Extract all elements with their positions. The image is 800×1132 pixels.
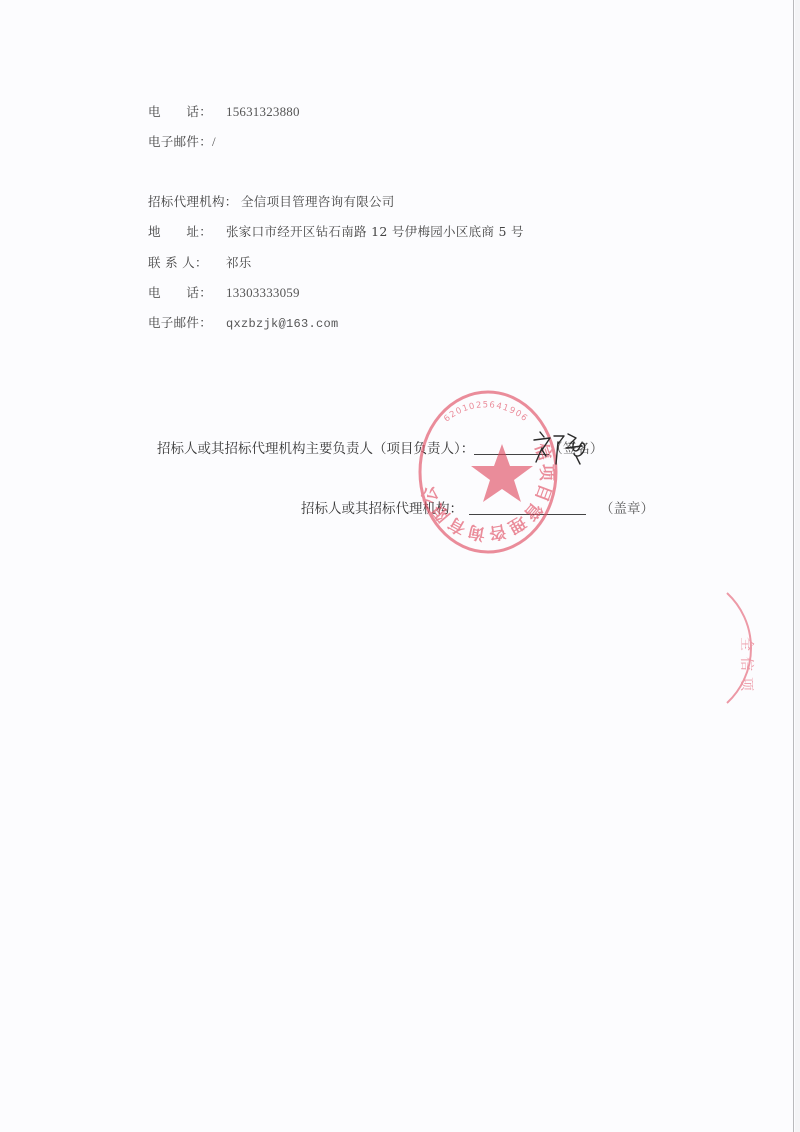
stamp-code-text: 6201025641906 — [442, 400, 530, 424]
agency-email-value: qxzbzjk@163.com — [226, 317, 339, 331]
agency-address-row: 地 址：张家口市经开区钻石南路 12 号伊梅园小区底商 5 号 — [148, 224, 524, 240]
tenderer-phone-label: 电 话： — [148, 104, 226, 120]
seal-suffix: （盖章） — [600, 501, 654, 517]
agency-name-label: 招标代理机构： — [148, 194, 241, 210]
agency-contact-row: 联 系 人：祁乐 — [148, 255, 252, 271]
tenderer-phone-value: 15631323880 — [226, 104, 300, 119]
agency-name-row: 招标代理机构：全信项目管理咨询有限公司 — [148, 194, 395, 210]
edge-stamp-text: 全信项 — [738, 637, 754, 697]
tenderer-phone-row: 电 话：15631323880 — [148, 104, 300, 120]
tenderer-email-row: 电子邮件：/ — [148, 134, 216, 150]
handwritten-signature — [530, 428, 610, 468]
agency-email-row: 电子邮件：qxzbzjk@163.com — [148, 315, 339, 332]
tenderer-email-label: 电子邮件： — [148, 134, 212, 150]
document-page: 电 话：15631323880 电子邮件：/ 招标代理机构：全信项目管理咨询有限… — [0, 0, 800, 1132]
official-seal-stamp: 6201025641906 全信项目管理咨询有限公司 — [415, 388, 565, 558]
page-edge-line — [793, 0, 794, 1132]
page-edge-margin — [795, 0, 800, 1132]
agency-email-label: 电子邮件： — [148, 315, 226, 331]
agency-address-value: 张家口市经开区钻石南路 12 号伊梅园小区底商 5 号 — [226, 224, 524, 239]
agency-phone-value: 13303333059 — [226, 285, 300, 300]
agency-name-value: 全信项目管理咨询有限公司 — [241, 194, 395, 209]
tenderer-email-value: / — [212, 134, 216, 149]
agency-contact-label: 联 系 人： — [148, 255, 226, 271]
agency-address-label: 地 址： — [148, 224, 226, 240]
svg-text:6201025641906: 6201025641906 — [442, 400, 530, 424]
agency-phone-label: 电 话： — [148, 285, 226, 301]
agency-contact-value: 祁乐 — [226, 255, 252, 270]
agency-phone-row: 电 话：13303333059 — [148, 285, 300, 301]
edge-seal-stamp: 全信项 — [705, 585, 765, 710]
star-icon — [471, 444, 533, 502]
